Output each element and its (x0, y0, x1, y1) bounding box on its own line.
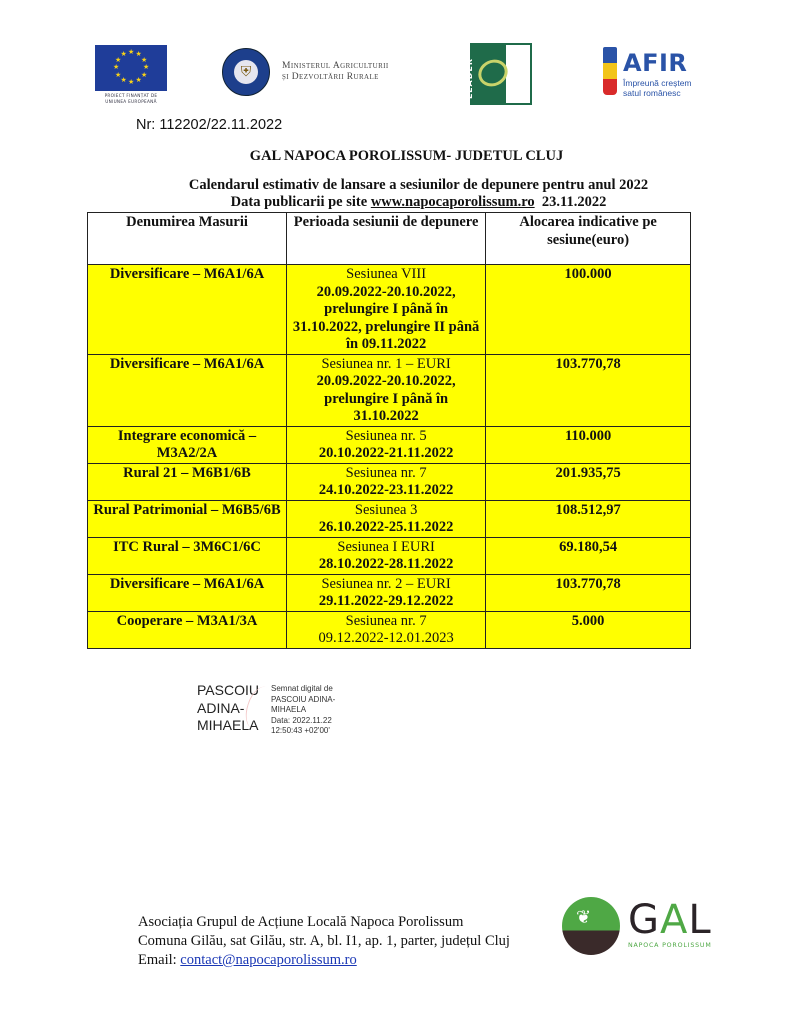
session-name: Sesiunea nr. 5 (291, 428, 481, 446)
session-name: Sesiunea nr. 7 (291, 613, 481, 631)
allocation-cell: 108.512,97 (486, 500, 691, 537)
eu-flag-icon: ★★★★★★★★★★★★ (95, 45, 167, 91)
association-name: Asociația Grupul de Acțiune Locală Napoc… (138, 913, 510, 932)
session-period: 26.10.2022-25.11.2022 (291, 519, 481, 537)
table-row: Rural Patrimonial – M6B5/6BSesiunea 326.… (88, 500, 691, 537)
gal-subtitle: NAPOCA POROLISSUM (628, 942, 712, 949)
measure-cell: Diversificare – M6A1/6A (88, 265, 287, 355)
email-line: Email: contact@napocaporolissum.ro (138, 951, 510, 970)
allocation-cell: 110.000 (486, 426, 691, 463)
measure-cell: Diversificare – M6A1/6A (88, 354, 287, 426)
table-row: Diversificare – M6A1/6ASesiunea nr. 1 – … (88, 354, 691, 426)
measure-cell: Diversificare – M6A1/6A (88, 574, 287, 611)
period-cell: Sesiunea nr. 724.10.2022-23.11.2022 (287, 463, 486, 500)
session-period: 24.10.2022-23.11.2022 (291, 482, 481, 500)
session-name: Sesiunea VIII (291, 266, 481, 284)
digital-signature[interactable]: PASCOIU ADINA- MIHAELA Semnat digital de… (197, 682, 397, 742)
session-period: 09.12.2022-12.01.2023 (291, 630, 481, 648)
header-allocation: Alocarea indicative pe sesiune(euro) (486, 213, 691, 265)
association-address: Comuna Gilău, sat Gilău, str. A, bl. I1,… (138, 932, 510, 951)
gal-logo-icon: ❦ GAL NAPOCA POROLISSUM (562, 897, 722, 957)
ministry-logo: ⛨ Ministerul Agriculturii și Dezvoltării… (222, 48, 462, 96)
session-period: 20.10.2022-21.11.2022 (291, 445, 481, 463)
gal-text: GAL (628, 899, 712, 941)
session-period: 29.11.2022-29.12.2022 (291, 593, 481, 611)
signature-info: Semnat digital de PASCOIU ADINA- MIHAELA… (271, 684, 335, 737)
org-title: GAL NAPOCA POROLISSUM- JUDETUL CLUJ (0, 148, 791, 165)
footer-address: Asociația Grupul de Acțiune Locală Napoc… (138, 913, 510, 970)
allocation-cell: 201.935,75 (486, 463, 691, 500)
measure-cell: ITC Rural – 3M6C1/6C (88, 537, 287, 574)
measure-cell: Rural Patrimonial – M6B5/6B (88, 500, 287, 537)
afir-name: AFIR (623, 49, 687, 77)
session-name: Sesiunea nr. 1 – EURI (291, 356, 481, 374)
period-cell: Sesiunea I EURI28.10.2022-28.11.2022 (287, 537, 486, 574)
header-period: Perioada sesiunii de depunere (287, 213, 486, 265)
afir-logo: AFIR Împreună creștem satul românesc (603, 45, 713, 105)
table-row: Diversificare – M6A1/6ASesiunea nr. 2 – … (88, 574, 691, 611)
session-name: Sesiunea 3 (291, 502, 481, 520)
allocation-cell: 100.000 (486, 265, 691, 355)
session-name: Sesiunea I EURI (291, 539, 481, 557)
period-cell: Sesiunea 326.10.2022-25.11.2022 (287, 500, 486, 537)
publication-date: 23.11.2022 (542, 194, 606, 210)
ministry-name: Ministerul Agriculturii și Dezvoltării R… (282, 61, 389, 83)
table-row: Integrare economică – M3A2/2ASesiunea nr… (88, 426, 691, 463)
table-row: Rural 21 – M6B1/6BSesiunea nr. 724.10.20… (88, 463, 691, 500)
allocation-cell: 5.000 (486, 611, 691, 648)
session-period: 28.10.2022-28.11.2022 (291, 556, 481, 574)
allocation-cell: 103.770,78 (486, 574, 691, 611)
header-measure: Denumirea Masurii (88, 213, 287, 265)
session-name: Sesiunea nr. 2 – EURI (291, 576, 481, 594)
period-cell: Sesiunea VIII20.09.2022-20.10.2022, prel… (287, 265, 486, 355)
eu-logo: ★★★★★★★★★★★★ PROIECT FINANȚAT DE UNIUNEA… (95, 45, 167, 105)
email-label: Email: (138, 952, 177, 968)
period-cell: Sesiunea nr. 1 – EURI20.09.2022-20.10.20… (287, 354, 486, 426)
period-cell: Sesiunea nr. 2 – EURI29.11.2022-29.12.20… (287, 574, 486, 611)
calendar-title: Calendarul estimativ de lansare a sesiun… (0, 177, 791, 194)
session-name: Sesiunea nr. 7 (291, 465, 481, 483)
afir-emblem-icon (603, 47, 617, 103)
period-cell: Sesiunea nr. 520.10.2022-21.11.2022 (287, 426, 486, 463)
table-row: ITC Rural – 3M6C1/6CSesiunea I EURI28.10… (88, 537, 691, 574)
eu-caption: PROIECT FINANȚAT DE UNIUNEA EUROPEANĂ (95, 93, 167, 105)
publication-site-link[interactable]: www.napocaporolissum.ro (371, 194, 535, 210)
measure-cell: Integrare economică – M3A2/2A (88, 426, 287, 463)
allocation-cell: 69.180,54 (486, 537, 691, 574)
document-number: Nr: 112202/22.11.2022 (136, 117, 282, 133)
period-cell: Sesiunea nr. 709.12.2022-12.01.2023 (287, 611, 486, 648)
government-seal-icon: ⛨ (222, 48, 270, 96)
measure-cell: Rural 21 – M6B1/6B (88, 463, 287, 500)
allocation-cell: 103.770,78 (486, 354, 691, 426)
session-period: 20.09.2022-20.10.2022, prelungire I până… (291, 373, 481, 426)
table-row: Cooperare – M3A1/3ASesiunea nr. 709.12.2… (88, 611, 691, 648)
afir-tagline: Împreună creștem satul românesc (623, 79, 692, 98)
session-period: 20.09.2022-20.10.2022, prelungire I până… (291, 284, 481, 354)
email-link[interactable]: contact@napocaporolissum.ro (180, 952, 356, 968)
publication-line: Data publicarii pe site www.napocaporoli… (0, 194, 791, 211)
table-row: Diversificare – M6A1/6ASesiunea VIII20.0… (88, 265, 691, 355)
publication-prefix: Data publicarii pe site (231, 194, 368, 210)
table-header-row: Denumirea Masurii Perioada sesiunii de d… (88, 213, 691, 265)
measure-cell: Cooperare – M3A1/3A (88, 611, 287, 648)
gal-emblem-icon: ❦ (562, 897, 620, 955)
sessions-table: Denumirea Masurii Perioada sesiunii de d… (87, 212, 691, 649)
